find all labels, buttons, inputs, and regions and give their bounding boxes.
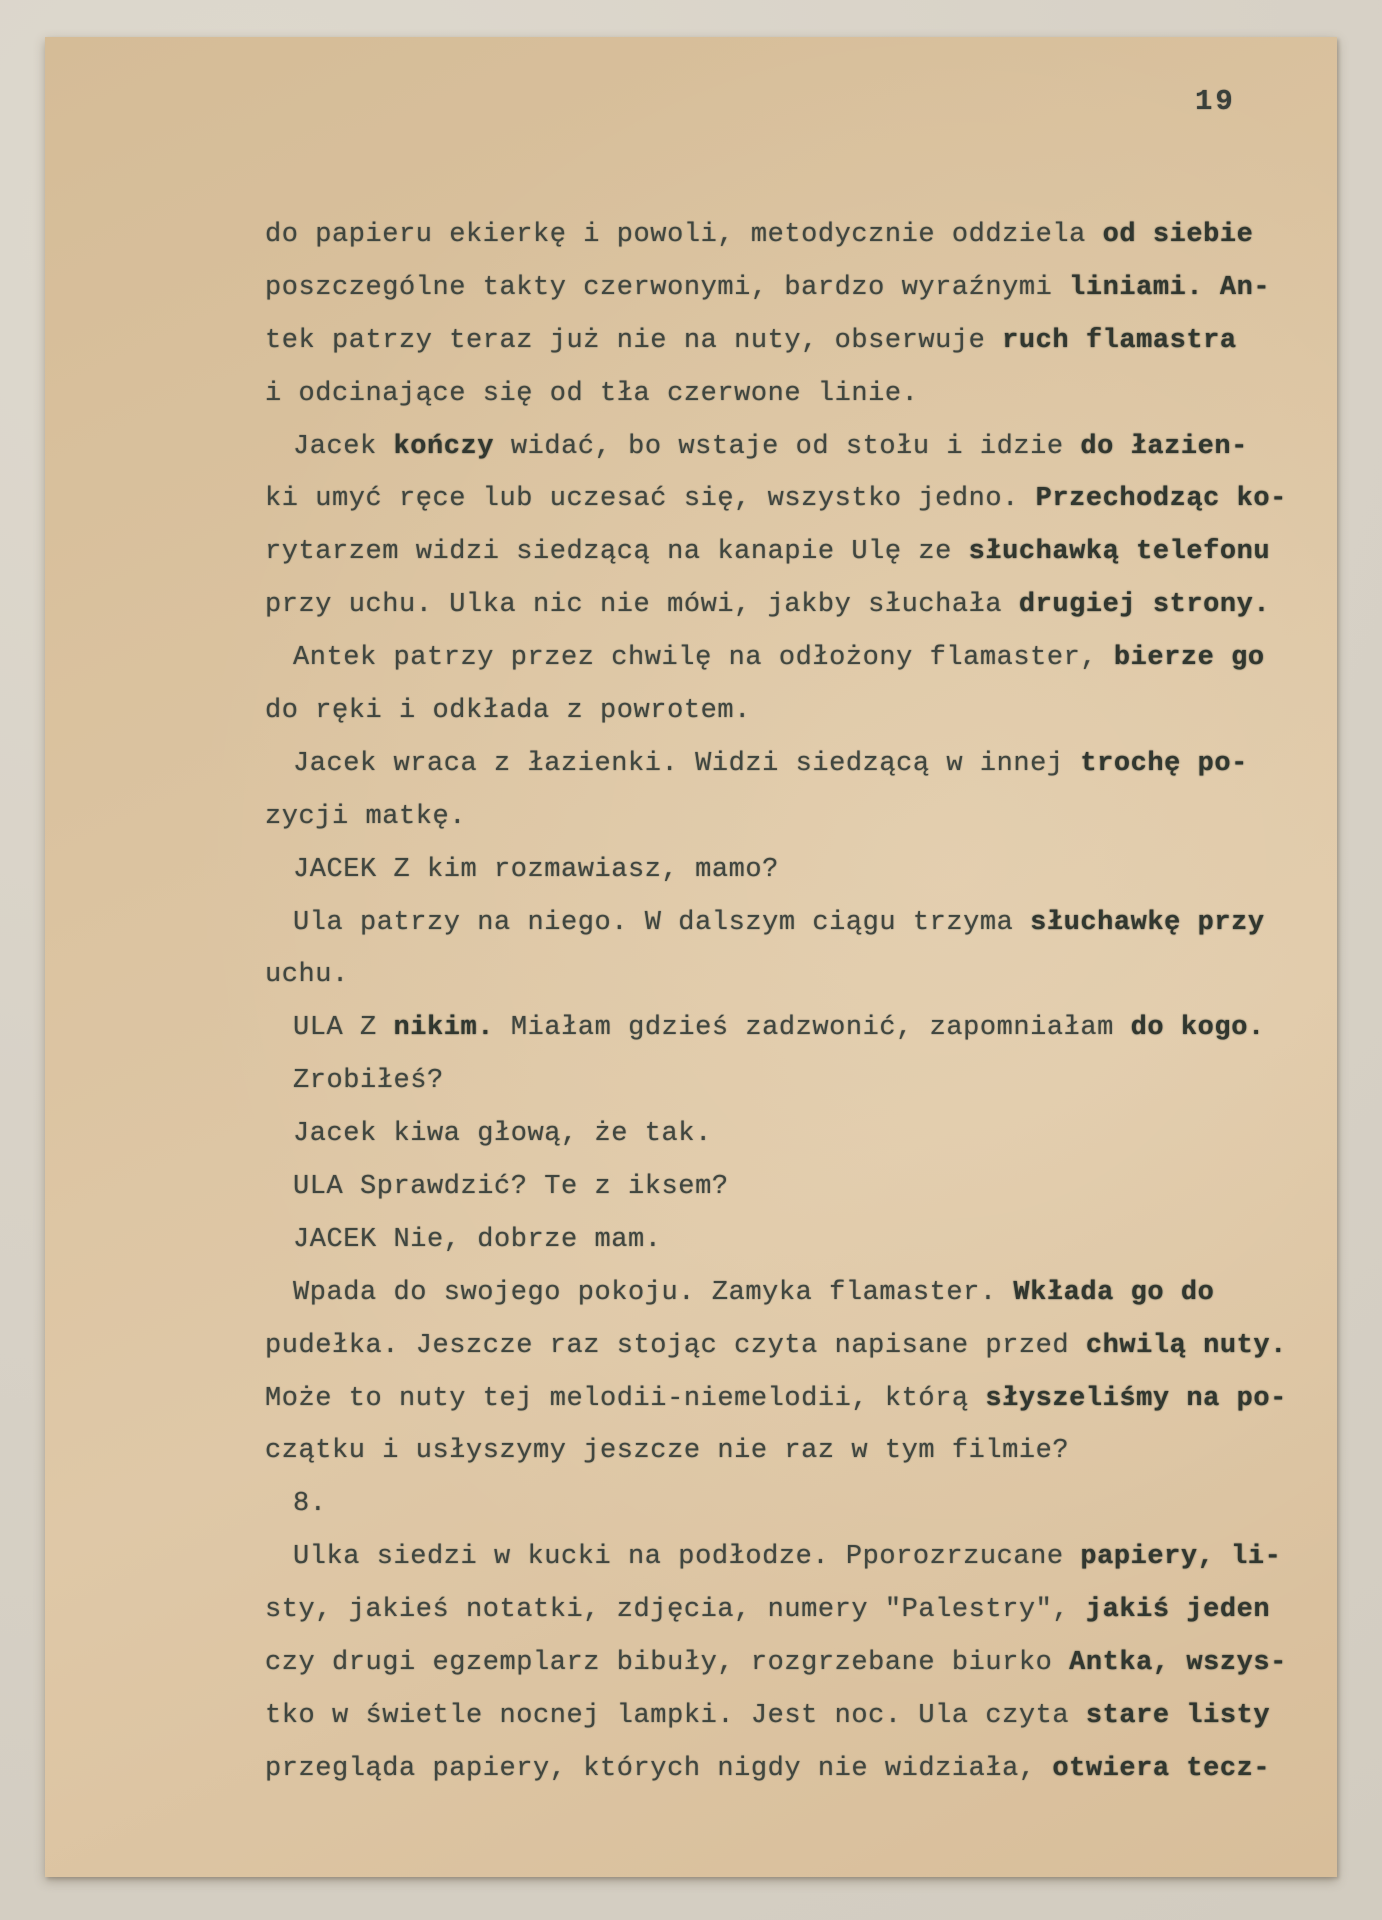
text-segment: poszczególne takty czerwonymi, bardzo wy… bbox=[265, 273, 1069, 303]
text-line: ULA Z nikim. Miałam gdzieś zadzwonić, za… bbox=[265, 1002, 1375, 1055]
text-segment: Ula patrzy na niego. W dalszym ciągu trz… bbox=[293, 908, 1030, 938]
text-segment: liniami. An- bbox=[1069, 273, 1270, 303]
text-segment: Wkłada go do bbox=[1013, 1278, 1214, 1308]
text-line: ki umyć ręce lub uczesać się, wszystko j… bbox=[265, 473, 1375, 526]
text-segment: JACEK Nie, dobrze mam. bbox=[293, 1225, 662, 1255]
text-segment: przy uchu. Ulka nic nie mówi, jakby słuc… bbox=[265, 590, 1019, 620]
page-number: 19 bbox=[1195, 85, 1236, 118]
text-segment: rytarzem widzi siedzącą na kanapie Ulę z… bbox=[265, 537, 969, 567]
text-segment: papiery, li- bbox=[1080, 1542, 1281, 1572]
text-segment: do ręki i odkłada z powrotem. bbox=[265, 696, 751, 726]
text-segment: Antka, wszys- bbox=[1069, 1648, 1287, 1678]
text-segment: Zrobiłeś? bbox=[293, 1066, 444, 1096]
text-line: JACEK Z kim rozmawiasz, mamo? bbox=[265, 844, 1375, 897]
text-line: 8. bbox=[265, 1478, 1375, 1531]
text-segment: tek patrzy teraz już nie na nuty, obserw… bbox=[265, 326, 1002, 356]
text-segment: słyszeliśmy na po- bbox=[985, 1384, 1287, 1414]
text-line: i odcinające się od tła czerwone linie. bbox=[265, 368, 1375, 421]
text-segment: przegląda papiery, których nigdy nie wid… bbox=[265, 1754, 1052, 1784]
text-line: czy drugi egzemplarz bibuły, rozgrzebane… bbox=[265, 1637, 1375, 1690]
text-line: Może to nuty tej melodii-niemelodii, któ… bbox=[265, 1373, 1375, 1426]
text-segment: Antek patrzy przez chwilę na odłożony fl… bbox=[293, 643, 1114, 673]
text-segment: 8. bbox=[293, 1489, 327, 1519]
text-line: zycji matkę. bbox=[265, 791, 1375, 844]
text-line: poszczególne takty czerwonymi, bardzo wy… bbox=[265, 262, 1375, 315]
text-segment: nikim. bbox=[394, 1013, 495, 1043]
text-line: Ula patrzy na niego. W dalszym ciągu trz… bbox=[265, 897, 1375, 950]
typescript-page: 19 do papieru ekierkę i powoli, metodycz… bbox=[45, 37, 1337, 1877]
text-line: do papieru ekierkę i powoli, metodycznie… bbox=[265, 209, 1375, 262]
text-block: do papieru ekierkę i powoli, metodycznie… bbox=[265, 209, 1375, 1796]
text-segment: stare listy bbox=[1086, 1701, 1270, 1731]
text-segment: od siebie bbox=[1103, 220, 1254, 250]
text-segment: sty, jakieś notatki, zdjęcia, numery "Pa… bbox=[265, 1595, 1086, 1625]
text-segment: do łazien- bbox=[1080, 432, 1248, 462]
text-segment: zycji matkę. bbox=[265, 802, 466, 832]
text-segment: bierze go bbox=[1114, 643, 1265, 673]
text-line: uchu. bbox=[265, 949, 1375, 1002]
text-line: przegląda papiery, których nigdy nie wid… bbox=[265, 1743, 1375, 1796]
text-segment: chwilą nuty. bbox=[1086, 1331, 1287, 1361]
text-line: Jacek kiwa głową, że tak. bbox=[265, 1108, 1375, 1161]
text-line: Jacek kończy widać, bo wstaje od stołu i… bbox=[265, 421, 1375, 474]
text-segment: i odcinające się od tła czerwone linie. bbox=[265, 379, 918, 409]
text-segment: Przechodząc ko- bbox=[1036, 484, 1287, 514]
text-line: do ręki i odkłada z powrotem. bbox=[265, 685, 1375, 738]
scan-background: 19 do papieru ekierkę i powoli, metodycz… bbox=[0, 0, 1382, 1920]
text-line: sty, jakieś notatki, zdjęcia, numery "Pa… bbox=[265, 1584, 1375, 1637]
text-segment: Wpada do swojego pokoju. Zamyka flamaste… bbox=[293, 1278, 1013, 1308]
text-line: tek patrzy teraz już nie na nuty, obserw… bbox=[265, 315, 1375, 368]
text-segment: pudełka. Jeszcze raz stojąc czyta napisa… bbox=[265, 1331, 1086, 1361]
text-segment: JACEK Z kim rozmawiasz, mamo? bbox=[293, 855, 779, 885]
text-segment: tko w świetle nocnej lampki. Jest noc. U… bbox=[265, 1701, 1086, 1731]
text-line: pudełka. Jeszcze raz stojąc czyta napisa… bbox=[265, 1320, 1375, 1373]
text-segment: ULA Sprawdzić? Te z iksem? bbox=[293, 1172, 729, 1202]
text-line: Antek patrzy przez chwilę na odłożony fl… bbox=[265, 632, 1375, 685]
text-segment: Jacek bbox=[293, 432, 394, 462]
text-segment: Jacek kiwa głową, że tak. bbox=[293, 1119, 712, 1149]
text-line: Zrobiłeś? bbox=[265, 1055, 1375, 1108]
text-segment: widać, bo wstaje od stołu i idzie bbox=[494, 432, 1080, 462]
text-segment: do kogo. bbox=[1131, 1013, 1265, 1043]
text-line: Ulka siedzi w kucki na podłodze. Pporozr… bbox=[265, 1531, 1375, 1584]
text-segment: czątku i usłyszymy jeszcze nie raz w tym… bbox=[265, 1436, 1069, 1466]
text-segment: jakiś jeden bbox=[1086, 1595, 1270, 1625]
text-segment: ki umyć ręce lub uczesać się, wszystko j… bbox=[265, 484, 1036, 514]
text-segment: kończy bbox=[394, 432, 495, 462]
text-segment: słuchawkę przy bbox=[1030, 908, 1265, 938]
text-line: czątku i usłyszymy jeszcze nie raz w tym… bbox=[265, 1425, 1375, 1478]
text-line: rytarzem widzi siedzącą na kanapie Ulę z… bbox=[265, 526, 1375, 579]
text-line: Wpada do swojego pokoju. Zamyka flamaste… bbox=[265, 1267, 1375, 1320]
text-segment: ULA Z bbox=[293, 1013, 394, 1043]
text-segment: Ulka siedzi w kucki na podłodze. Pporozr… bbox=[293, 1542, 1080, 1572]
text-line: przy uchu. Ulka nic nie mówi, jakby słuc… bbox=[265, 579, 1375, 632]
text-segment: do papieru ekierkę i powoli, metodycznie… bbox=[265, 220, 1103, 250]
text-segment: uchu. bbox=[265, 960, 349, 990]
text-line: tko w świetle nocnej lampki. Jest noc. U… bbox=[265, 1690, 1375, 1743]
text-segment: słuchawką telefonu bbox=[969, 537, 1271, 567]
text-segment: Może to nuty tej melodii-niemelodii, któ… bbox=[265, 1384, 985, 1414]
text-segment: drugiej strony. bbox=[1019, 590, 1270, 620]
text-segment: Miałam gdzieś zadzwonić, zapomniałam bbox=[494, 1013, 1131, 1043]
text-line: Jacek wraca z łazienki. Widzi siedzącą w… bbox=[265, 738, 1375, 791]
text-line: JACEK Nie, dobrze mam. bbox=[265, 1214, 1375, 1267]
text-segment: ruch flamastra bbox=[1002, 326, 1237, 356]
text-segment: otwiera tecz- bbox=[1052, 1754, 1270, 1784]
text-segment: Jacek wraca z łazienki. Widzi siedzącą w… bbox=[293, 749, 1080, 779]
text-line: ULA Sprawdzić? Te z iksem? bbox=[265, 1161, 1375, 1214]
text-segment: trochę po- bbox=[1080, 749, 1248, 779]
text-segment: czy drugi egzemplarz bibuły, rozgrzebane… bbox=[265, 1648, 1069, 1678]
